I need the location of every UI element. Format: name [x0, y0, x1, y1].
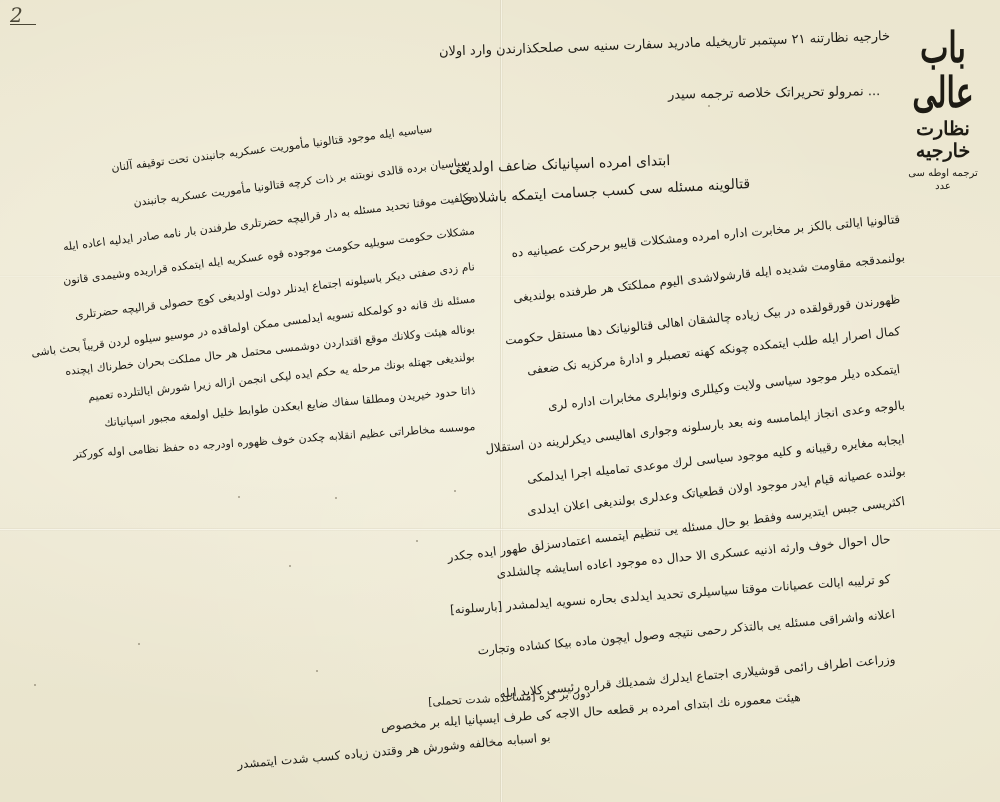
header-line: ... نمرولو تحریراتک خلاصه ترجمه سیدر: [668, 83, 880, 105]
vertical-fold-line: [500, 0, 503, 802]
tughra-emblem-icon: باب عالی: [893, 27, 993, 117]
paper-speck: [416, 540, 418, 542]
horizontal-fold-line: [0, 528, 1000, 531]
paper-speck: [289, 565, 291, 567]
letterhead: باب عالی نظارت خارجیه ترجمه اوطه سی عدد: [893, 40, 993, 192]
department-name: ترجمه اوطه سی: [893, 168, 993, 179]
paper-speck: [454, 490, 456, 492]
paper-speck: [34, 684, 36, 686]
paper-speck: [708, 105, 710, 107]
number-label: عدد: [893, 181, 993, 192]
paper-speck: [316, 670, 318, 672]
paper-speck: [335, 497, 337, 499]
page-number: 2: [10, 6, 36, 25]
paper-speck: [238, 496, 240, 498]
ministry-name: نظارت خارجیه: [893, 118, 993, 162]
paper-speck: [138, 643, 140, 645]
